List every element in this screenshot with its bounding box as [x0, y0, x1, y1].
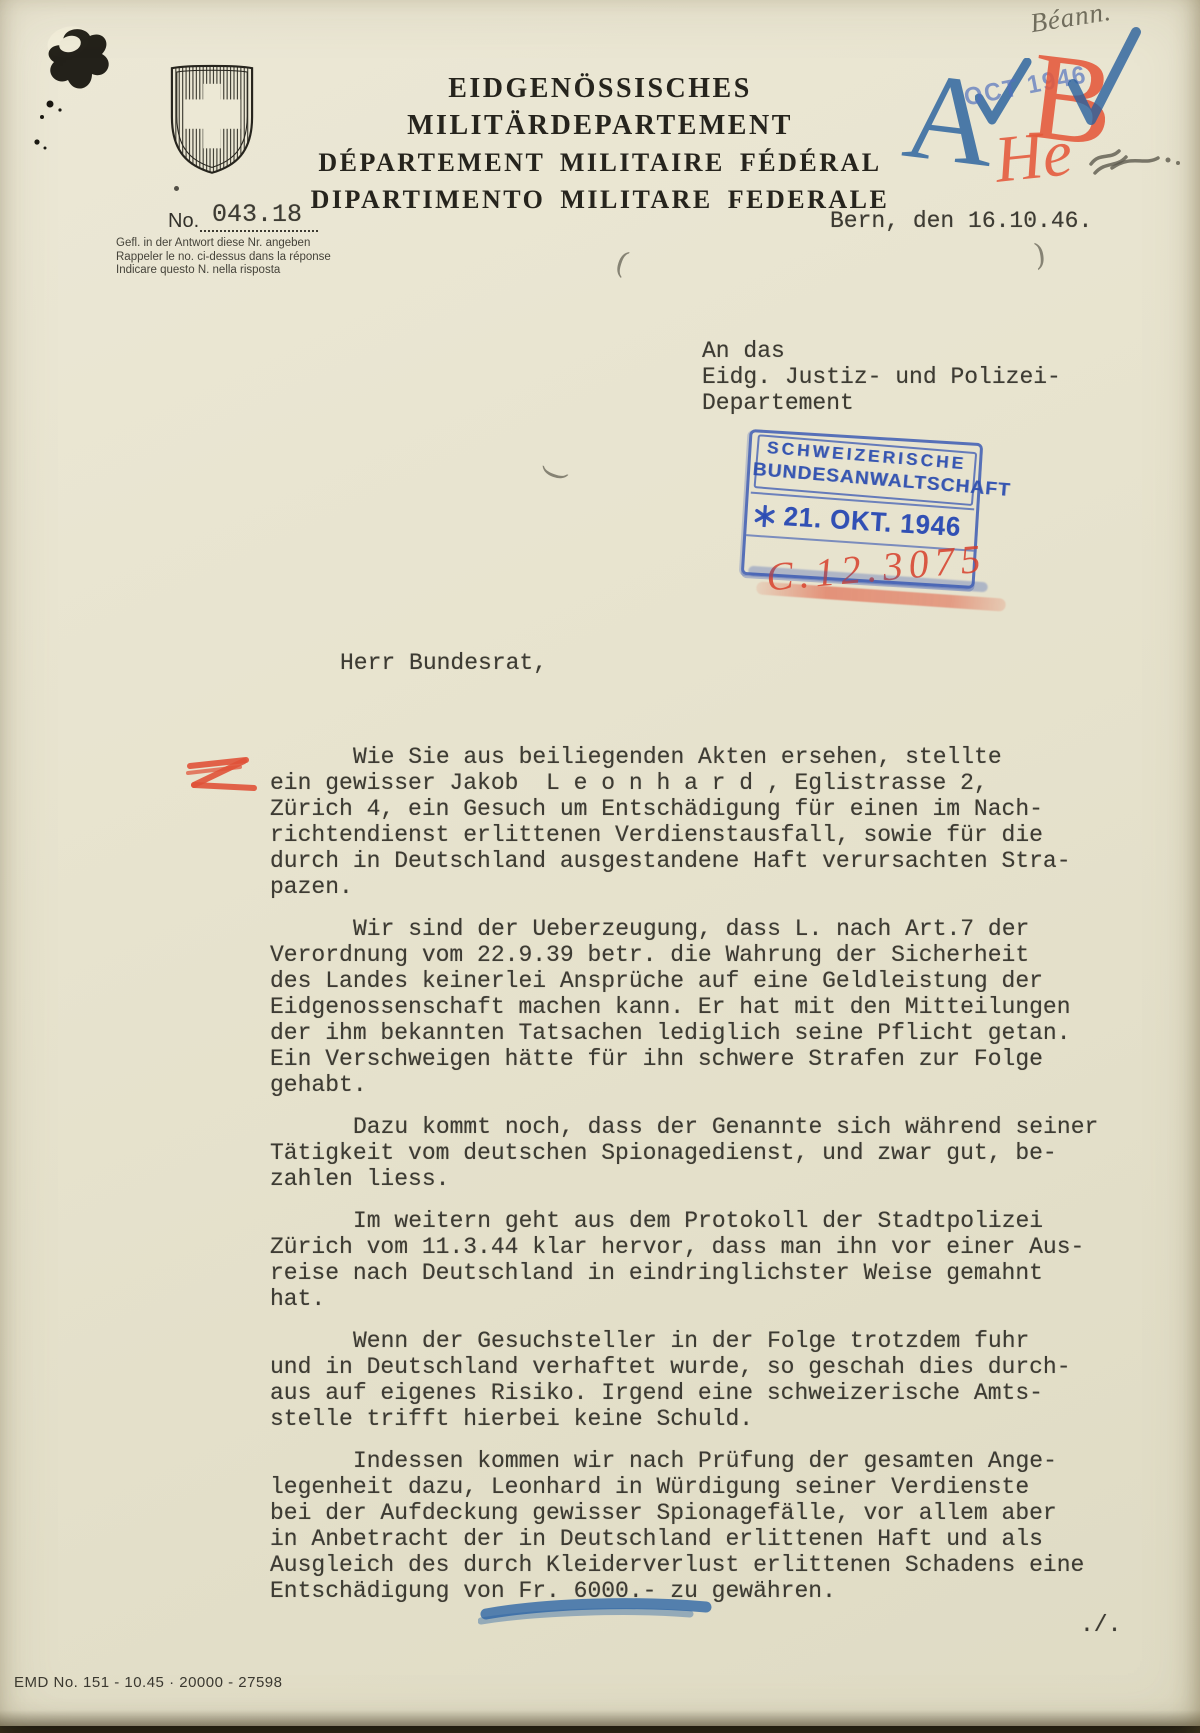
- asterisk-icon: [754, 504, 776, 527]
- paragraph-3: Dazu kommt noch, dass der Genannte sich …: [270, 1114, 1170, 1192]
- bottom-scan-edge: [0, 1726, 1200, 1733]
- paragraph-4: Im weitern geht aus dem Protokoll der St…: [270, 1208, 1170, 1312]
- red-crayon-monogram-he: He: [992, 120, 1075, 194]
- bottom-edge-shadow: [0, 1710, 1200, 1726]
- salutation: Herr Bundesrat,: [340, 650, 547, 676]
- ink-blot-damage: [30, 16, 150, 166]
- footer-print-code: EMD No. 151 - 10.45 · 20000 - 27598: [14, 1674, 283, 1691]
- letterhead: EIDGENÖSSISCHES MILITÄRDEPARTEMENT DÉPAR…: [250, 70, 950, 218]
- continuation-mark: ./.: [1080, 1612, 1121, 1638]
- blue-checkmark-icon: [1068, 26, 1142, 132]
- red-margin-z-mark: [182, 754, 268, 798]
- paragraph-2: Wir sind der Ueberzeugung, dass L. nach …: [270, 916, 1170, 1098]
- paragraph-1: Wie Sie aus beiliegenden Akten ersehen, …: [270, 744, 1170, 900]
- reference-dotted-line: [200, 230, 318, 232]
- letterhead-german: EIDGENÖSSISCHES MILITÄRDEPARTEMENT: [250, 70, 950, 144]
- scanned-letter-page: EIDGENÖSSISCHES MILITÄRDEPARTEMENT DÉPAR…: [0, 0, 1200, 1733]
- letterhead-french: DÉPARTEMENT MILITAIRE FÉDÉRAL: [250, 144, 950, 181]
- pencil-scribble: [1088, 146, 1186, 192]
- reference-notes-trilingual: Gefl. in der Antwort diese Nr. angeben R…: [116, 237, 331, 278]
- pencil-dot: [174, 186, 179, 191]
- recipient-address: An das Eidg. Justiz- und Polizei- Depart…: [702, 338, 1061, 416]
- paragraph-5: Wenn der Gesuchsteller in der Folge trot…: [270, 1328, 1170, 1432]
- pencil-mark: (: [535, 462, 572, 485]
- dateline: Bern, den 16.10.46.: [830, 208, 1092, 234]
- swiss-coat-of-arms-icon: [168, 62, 256, 176]
- blue-underline-amount: [478, 1592, 722, 1630]
- letter-body: Wie Sie aus beiliegenden Akten ersehen, …: [270, 744, 1170, 1620]
- pencil-mark: (: [611, 245, 633, 282]
- paragraph-6: Indessen kommen wir nach Prüfung der ges…: [270, 1448, 1170, 1604]
- reference-label: No.: [168, 210, 199, 233]
- pencil-mark: ): [1032, 237, 1048, 273]
- reference-number: 043.18: [212, 202, 302, 228]
